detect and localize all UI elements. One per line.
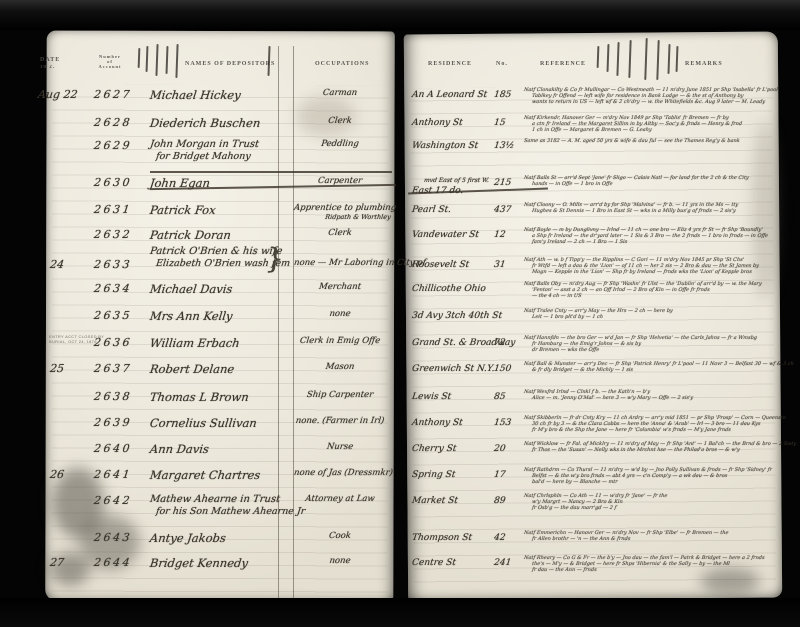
account-number: 2632: [93, 228, 133, 241]
rotated-header-mark: [607, 44, 610, 72]
account-number: 2638: [93, 390, 133, 403]
reference-note: fr Osb'g — the dau marr'gd — 2 f: [532, 505, 617, 511]
occupation: none: [293, 309, 386, 319]
occupation: Mason: [293, 362, 386, 372]
rotated-header-mark: [155, 44, 158, 76]
reference-note: fam'y Ireland — 2 ch — 1 Bro — 1 Sis: [532, 239, 628, 245]
occupation: none. (Farmer in Irl): [293, 416, 386, 426]
residence: Spring St: [411, 470, 456, 480]
account-number: 2644: [93, 556, 133, 569]
rotated-header-mark: [597, 46, 600, 68]
account-number: 2637: [93, 362, 133, 375]
reference-note: fr Allen brothr — 'n — the Ann & frnds: [532, 536, 631, 542]
cancellation-line: [150, 171, 392, 173]
scan-black-bottom-margin: [0, 598, 800, 627]
occupation: Clerk: [293, 228, 386, 238]
depositor-name: Robert Delane: [149, 362, 235, 376]
depositor-name: Mrs Ann Kelly: [149, 309, 233, 323]
house-number: 185: [493, 90, 511, 100]
reference-column-header: REFERENCE: [540, 61, 586, 67]
occupation: Clerk: [293, 116, 386, 126]
occupations-column-header: OCCUPATIONS: [315, 61, 369, 67]
occupation: Attorney at Law: [293, 494, 386, 504]
reference-note: fr M'y bro & the Shp the Jane — here fr …: [532, 427, 732, 433]
rotated-header-mark: [146, 46, 149, 72]
reference-note: Mogn — Kepple in the 'Lion' — Shp fr by …: [532, 269, 753, 275]
entry-date: 25: [49, 362, 65, 375]
occupation: none: [293, 556, 386, 566]
residence: Anthony St: [411, 418, 463, 428]
reference-note: Alice — m. 'Jenny O'Mal' — here 3 — w'y …: [532, 395, 694, 401]
house-number: 241: [493, 558, 511, 568]
occupation: Cook: [293, 531, 386, 541]
account-number: 2633: [93, 258, 133, 271]
residence: Vandewater St: [411, 230, 479, 240]
house-number: 437: [493, 205, 511, 215]
account-number: 2634: [93, 282, 133, 295]
grouping-brace: }: [264, 242, 286, 275]
reference-note: 1 ch in Offe — Margaret & Bremen — G. Le…: [532, 127, 652, 133]
rotated-header-mark: [667, 44, 670, 74]
residence: Washington St: [411, 141, 478, 151]
page-edge-shadow: [752, 120, 778, 300]
occupation: Nurse: [293, 442, 386, 452]
account-number: 2635: [93, 309, 133, 322]
number-header-line: Account: [93, 64, 127, 69]
rotated-header-mark: [644, 38, 647, 80]
reference-note: Hughes & St Dennis — 1 Bro in East St — …: [532, 208, 736, 214]
house-number: 150: [493, 364, 511, 374]
residence: Pearl St.: [411, 205, 451, 215]
rotated-header-mark: [166, 46, 169, 74]
account-number: 2639: [93, 416, 133, 429]
occupation: Ship Carpenter: [293, 390, 386, 400]
rotated-header-mark: [676, 46, 679, 72]
rotated-header-mark: [175, 44, 178, 78]
reference-note: bal'd — here by — Blanche — mtr: [532, 479, 618, 485]
depositor-name: William Erbach: [149, 336, 240, 350]
depositor-name: Michael Hickey: [149, 88, 241, 102]
residence: Anthony St: [411, 118, 463, 128]
depositor-name: Margaret Chartres: [149, 468, 261, 482]
account-number: 2630: [93, 176, 133, 189]
rotated-header-mark: [656, 40, 659, 80]
reference-note: & fr dly Bridget — & the Michly — 1 sis: [532, 367, 634, 373]
depositor-name: Patrick Fox: [149, 203, 216, 217]
reference-note: fr Thos — the 'Susan' — Nelly wks in the…: [532, 447, 740, 453]
reference-note: wants to return in US — left wf & 2 ch'd…: [532, 99, 766, 105]
residence: Lewis St: [411, 392, 451, 402]
house-number: 215: [493, 178, 511, 188]
house-number: 15: [493, 118, 506, 128]
rotated-header-mark: [138, 48, 141, 68]
account-number: 2641: [93, 468, 133, 481]
entry-date: 26: [49, 468, 65, 481]
residence: Roosevelt St: [411, 260, 469, 270]
rotated-header-mark: [616, 42, 619, 76]
depositor-name: Patrick O'Brien & his wife: [149, 246, 283, 257]
entry-date: Aug 22: [37, 88, 78, 101]
residence: Cherry St: [411, 444, 457, 454]
depositor-name: Michael Davis: [149, 282, 233, 296]
depositor-name: for Bridget Mahony: [155, 151, 251, 162]
reference-note: fr dau — the Ann — frnds: [532, 567, 597, 573]
account-number: 2643: [93, 531, 133, 544]
house-number: 17: [493, 470, 506, 480]
residence: Greenwich St N.Y.: [411, 364, 495, 374]
residence: Thompson St: [411, 533, 472, 543]
house-number: 42: [493, 533, 506, 543]
depositor-name: Ann Davis: [149, 442, 210, 456]
depositor-name: Diederich Buschen: [149, 116, 261, 130]
occupation: Ridpath & Worthley: [312, 213, 405, 221]
residence: 3d Avy 3tch 40th St: [411, 311, 502, 321]
depositor-name: Antye Jakobs: [149, 531, 227, 545]
date-year-label: 18 2.: [40, 65, 55, 70]
account-number: 2631: [93, 203, 133, 216]
depositor-name: for his Son Mathew Ahearne Jr: [155, 506, 306, 517]
account-number: 2628: [93, 116, 133, 129]
occupation: Carman: [293, 88, 386, 98]
residence: Centre St: [411, 558, 456, 568]
residence: Market St: [411, 496, 458, 506]
reference-note: Same as 3182 — A. M. aged 50 yrs & wife …: [524, 138, 740, 144]
remarks-column-header: REMARKS: [685, 61, 723, 67]
depositor-name: Thomas L Brown: [149, 390, 249, 404]
occupation: none of Jas (Dressmkr): [293, 468, 386, 478]
depositor-name: Mathew Ahearne in Trust: [149, 494, 280, 505]
reference-note: — the 4 ch — in US: [532, 293, 582, 299]
house-number: 31: [493, 260, 506, 270]
depositor-name: Cornelius Sullivan: [149, 416, 258, 430]
no-column-header: No.: [496, 61, 508, 67]
occupation: Apprentice to plumbing: [293, 203, 386, 213]
account-number: 2629: [93, 139, 133, 152]
occupation: Peddling: [293, 139, 386, 149]
reference-note: hands — in Offe — 1 bro in Offe: [532, 181, 613, 187]
account-number: 2627: [93, 88, 133, 101]
reference-note: dr Bremen — wks the Offe: [532, 347, 600, 353]
page-corner-smudge: [700, 568, 760, 594]
depositor-name: Patrick Doran: [149, 228, 232, 242]
entry-date: 27: [49, 556, 65, 569]
occupation: none — Mr Laboring in City pf: [293, 258, 386, 268]
house-number: 85: [493, 392, 506, 402]
residence-column-header: RESIDENCE: [428, 61, 472, 67]
residence: Chillicothe Ohio: [411, 284, 486, 294]
occupation: Merchant: [293, 282, 386, 292]
number-column-header: Number of Account: [93, 54, 127, 69]
house-number: 153: [493, 418, 511, 428]
house-number: 12: [493, 230, 506, 240]
reference-note: Leit — 1 bro plt'd by — 1 ch: [532, 314, 604, 320]
date-column-header: DATE: [40, 57, 60, 63]
house-number: 89: [493, 496, 506, 506]
residence: An A Leonard St: [411, 90, 487, 100]
account-number: 2636: [93, 336, 133, 349]
house-number: 72: [493, 338, 506, 348]
names-column-header: NAMES OF DEPOSITORS: [185, 61, 275, 67]
occupation: Clerk in Emig Offe: [293, 336, 386, 346]
ink-layer: DATE 18 2. Number of Account NAMES OF DE…: [0, 0, 800, 627]
house-number: 20: [493, 444, 506, 454]
rotated-header-mark: [628, 40, 631, 78]
entry-date: 24: [49, 258, 65, 271]
depositor-name: Bridget Kennedy: [149, 556, 249, 570]
account-number: 2642: [93, 494, 133, 507]
depositor-name: John Morgan in Trust: [149, 139, 259, 150]
scanned-ledger-spread: DATE 18 2. Number of Account NAMES OF DE…: [0, 0, 800, 627]
residence-note: mvd East of 5 first W.: [424, 177, 490, 184]
account-number: 2640: [93, 442, 133, 455]
house-number: 13½: [493, 141, 514, 151]
